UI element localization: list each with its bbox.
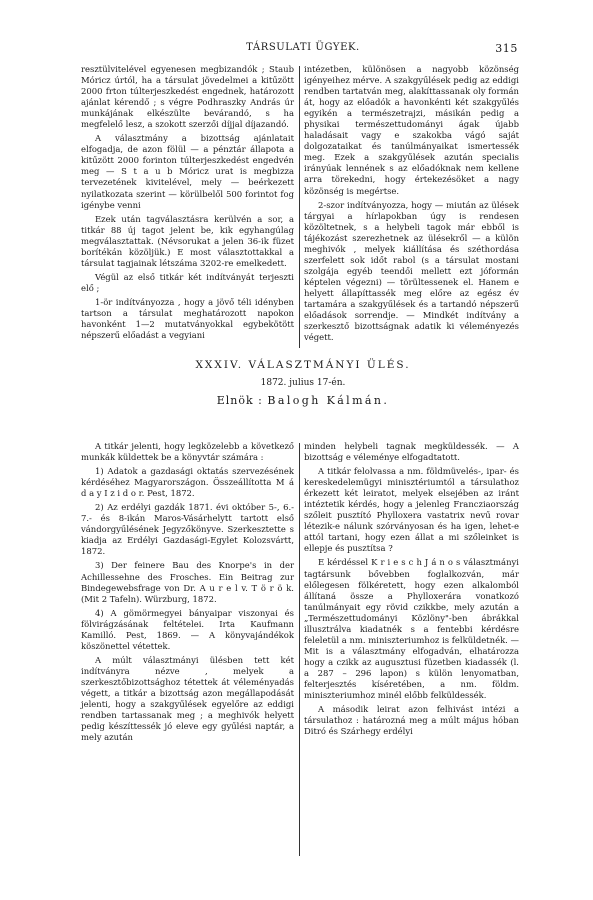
paragraph: minden helybeli tagnak megküldessék. — A… [304, 441, 519, 463]
chair-label: Elnök : [217, 394, 263, 407]
chair-name: Balogh Kálmán. [267, 394, 389, 407]
paragraph: Végül az első titkár két indítványát ter… [81, 272, 294, 294]
paragraph: Ezek után tagválasztásra kerülvén a sor,… [81, 214, 294, 269]
list-item: 3) Der feinere Bau des Knorpe's in der A… [81, 560, 294, 604]
paragraph: intézetben, különösen a nagyobb közönség… [304, 64, 519, 197]
top-left-column: resztülvitelével egyenesen megbizandók ;… [81, 64, 294, 341]
paragraph: E kérdéssel K r i e s c h J á n o s vála… [304, 557, 519, 701]
book-page: TÁRSULATI ÜGYEK. 315 resztülvitelével eg… [0, 0, 593, 900]
running-header: TÁRSULATI ÜGYEK. 315 [80, 42, 526, 56]
paragraph: A múlt választmányi ülésben tett két ind… [81, 655, 294, 743]
list-item: 4) A gömörmegyei bányaipar viszonyai és … [81, 608, 294, 652]
paragraph: resztülvitelével egyenesen megbizandók ;… [81, 64, 294, 130]
paragraph: A titkár felolvassa a nm. földmüvelés-, … [304, 466, 519, 554]
session-date: 1872. julius 17-én. [80, 378, 526, 388]
session-title: XXXIV. VÁLASZTMÁNYI ÜLÉS. [80, 359, 526, 371]
paragraph: A második leirat azon felhivást intézi a… [304, 704, 519, 737]
column-rule [299, 66, 300, 348]
bottom-left-column: A titkár jelenti, hogy legközelebb a köv… [81, 441, 294, 743]
top-right-column: intézetben, különösen a nagyobb közönség… [304, 64, 519, 343]
session-chair: Elnök : Balogh Kálmán. [80, 394, 526, 407]
bottom-right-column: minden helybeli tagnak megküldessék. — A… [304, 441, 519, 737]
paragraph: 2-szor indítványozza, hogy — miután az ü… [304, 200, 519, 344]
list-item: 1) Adatok a gazdasági oktatás szervezésé… [81, 466, 294, 499]
paragraph: A választmány a bizottság ajánlatait elf… [81, 133, 294, 210]
paragraph: A titkár jelenti, hogy legközelebb a köv… [81, 441, 294, 463]
running-title: TÁRSULATI ÜGYEK. [80, 42, 526, 53]
paragraph: 1-ör indítványozza , hogy a jövő téli id… [81, 297, 294, 341]
list-item: 2) Az erdélyi gazdák 1871. évi október 5… [81, 502, 294, 557]
column-rule [299, 443, 300, 856]
page-number: 315 [495, 42, 518, 55]
